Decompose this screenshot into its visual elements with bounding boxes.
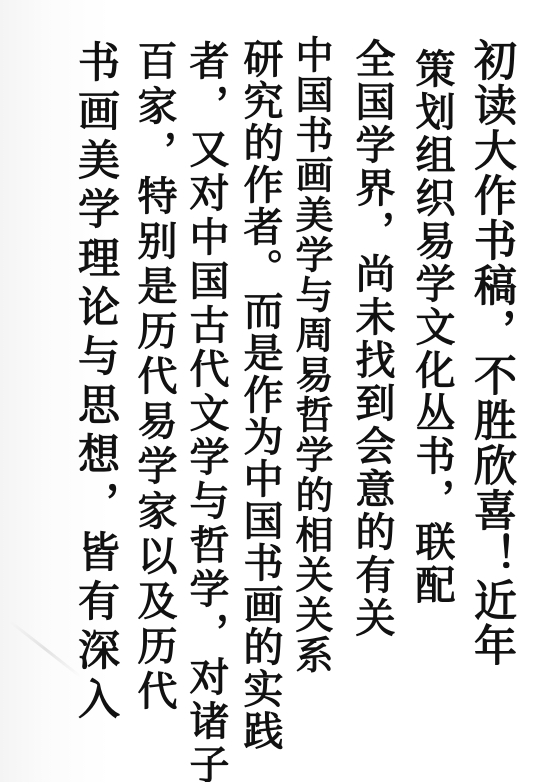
text-column-2: 策划组织易学文化丛书，联配 xyxy=(404,48,461,607)
text-column-4: 中国书画美学与周易哲学的相关关系 xyxy=(284,35,339,675)
text-column-7: 百家，特别是历代易学家以及历代 xyxy=(126,40,183,715)
text-column-8: 书画美学理论与思想，皆有深入 xyxy=(66,40,126,726)
text-column-6: 者，又对中国古代文学与哲学，对诸子 xyxy=(178,40,235,782)
text-column-3: 全国学界，尚未找到会意的有关 xyxy=(344,38,401,640)
calligraphy-page: 初读大作书稿，不胜欣喜！近年 策划组织易学文化丛书，联配 全国学界，尚未找到会意… xyxy=(0,0,550,782)
text-column-5: 研究的作者。而是作为中国书画的实践 xyxy=(232,38,289,752)
text-column-1: 初读大作书稿，不胜欣喜！近年 xyxy=(462,38,523,668)
